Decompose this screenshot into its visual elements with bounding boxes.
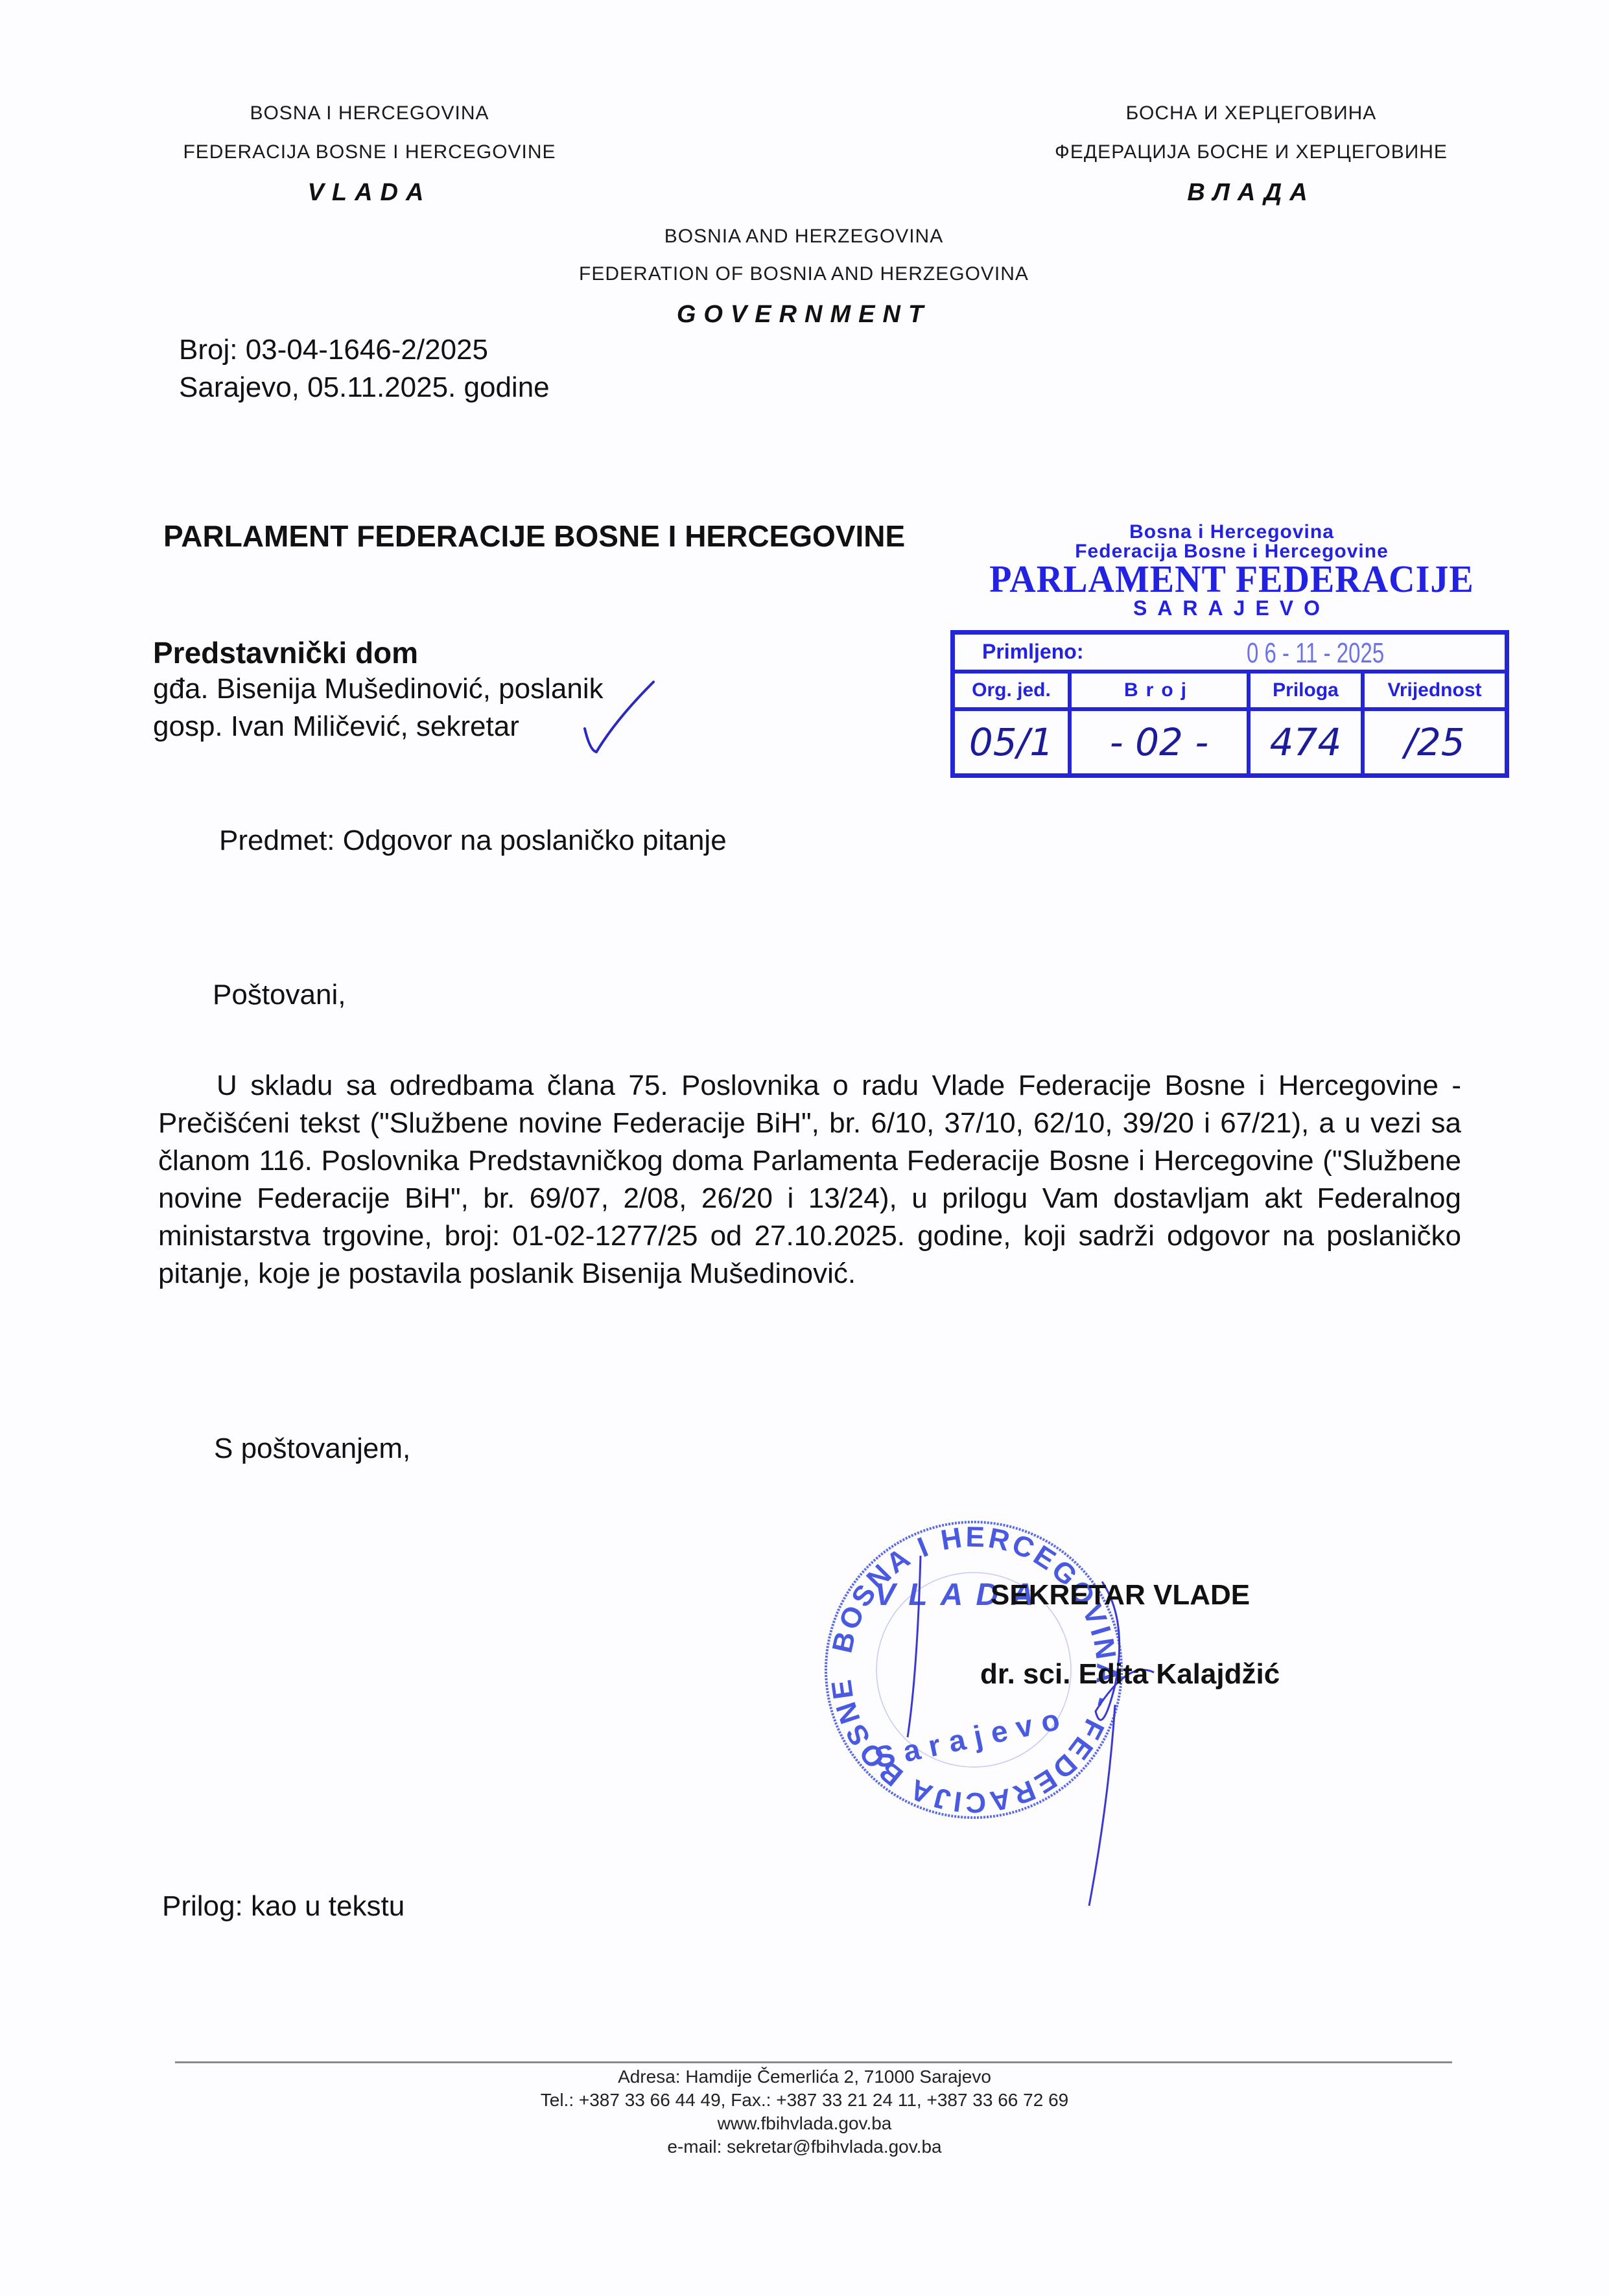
letterhead-left-government: VLADA — [156, 179, 583, 207]
letterhead-right-country: БОСНА И ХЕРЦЕГОВИНА — [1011, 102, 1491, 124]
footer-email[interactable]: e-mail: sekretar@fbihvlada.gov.ba — [0, 2135, 1609, 2159]
stamp-values-row: 05/1 - 02 - 474 /25 — [955, 711, 1505, 773]
letterhead-center-federation: FEDERATION OF BOSNIA AND HERZEGOVINA — [519, 263, 1089, 285]
reference-number: Broj: 03-04-1646-2/2025 — [179, 332, 488, 368]
subject-line: Predmet: Odgovor na poslaničko pitanje — [219, 825, 727, 857]
attachment-note: Prilog: kao u tekstu — [162, 1890, 405, 1923]
letterhead-center-country: BOSNIA AND HERZEGOVINA — [532, 226, 1076, 248]
stamp-registry-table: Primljeno: 0 6 - 11 - 2025 Org. jed. Bro… — [950, 630, 1509, 778]
letterhead-center-government: GOVERNMENT — [532, 301, 1076, 329]
letterhead-left-federation: FEDERACIJA BOSNE I HERCEGOVINE — [130, 141, 609, 163]
stamp-col-number: Broj — [1124, 679, 1194, 701]
footer-phone: Tel.: +387 33 66 44 49, Fax.: +387 33 21… — [0, 2089, 1609, 2112]
stamp-col-attachments: Priloga — [1273, 679, 1339, 701]
stamp-received-row: Primljeno: 0 6 - 11 - 2025 — [955, 635, 1505, 674]
stamp-value-org-unit: 05/1 — [969, 720, 1053, 764]
footer-website[interactable]: www.fbihvlada.gov.ba — [0, 2112, 1609, 2135]
closing: S poštovanjem, — [214, 1433, 410, 1465]
signatory-title: SEKRETAR VLADE — [991, 1579, 1250, 1611]
stamp-value-attachments: 474 — [1270, 720, 1342, 764]
recipient-house: Predstavnički dom — [153, 635, 418, 670]
stamp-value-value: /25 — [1404, 720, 1464, 764]
recipient-organization: PARLAMENT FEDERACIJE BOSNE I HERCEGOVINE — [163, 519, 905, 554]
letterhead-left-country: BOSNA I HERCEGOVINA — [156, 102, 583, 124]
footer-divider — [175, 2061, 1452, 2063]
letterhead-right-federation: ФЕДЕРАЦИЈА БОСНЕ И ХЕРЦЕГОВИНЕ — [998, 141, 1504, 163]
received-stamp: Bosna i Hercegovina Federacija Bosne i H… — [946, 512, 1517, 784]
body-paragraph: U skladu sa odredbama člana 75. Poslovni… — [158, 1067, 1461, 1293]
footer-address: Adresa: Hamdije Čemerlića 2, 71000 Saraj… — [0, 2065, 1609, 2089]
salutation: Poštovani, — [213, 979, 346, 1011]
stamp-country: Bosna i Hercegovina — [946, 521, 1517, 543]
letterhead-right-government: ВЛАДА — [1011, 179, 1491, 207]
checkmark-icon — [570, 674, 668, 758]
stamp-received-label: Primljeno: — [982, 640, 1083, 664]
recipient-person-1: gđa. Bisenija Mušedinović, poslanik — [153, 673, 604, 705]
stamp-city: SARAJEVO — [946, 596, 1517, 620]
stamp-col-org-unit: Org. jed. — [972, 679, 1051, 701]
stamp-header-row: Org. jed. Broj Priloga Vrijednost — [955, 674, 1505, 711]
reference-place-date: Sarajevo, 05.11.2025. godine — [179, 369, 550, 406]
stamp-received-date: 0 6 - 11 - 2025 — [1247, 637, 1384, 670]
stamp-value-number: - 02 - — [1110, 720, 1209, 764]
recipient-person-2: gosp. Ivan Miličević, sekretar — [153, 710, 519, 743]
stamp-col-value: Vrijednost — [1387, 679, 1481, 701]
signatory-name: dr. sci. Edita Kalajdžić — [980, 1658, 1280, 1691]
stamp-parliament: PARLAMENT FEDERACIJE — [946, 557, 1517, 601]
